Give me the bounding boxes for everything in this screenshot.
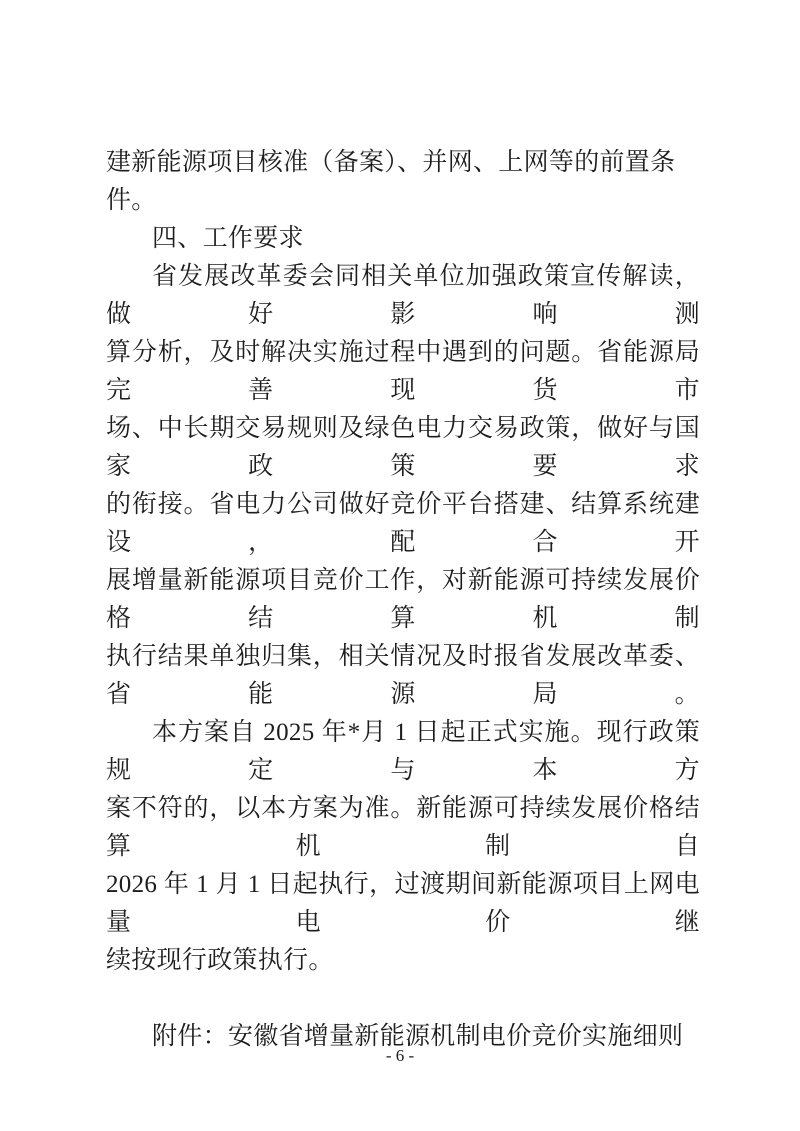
body-line: 省发展改革委会同相关单位加强政策宣传解读，做好影响测 <box>106 258 700 334</box>
section-heading: 四、工作要求 <box>106 220 700 258</box>
body-line: 展增量新能源项目竞价工作，对新能源可持续发展价格结算机制 <box>106 562 700 638</box>
body-line: 本方案自 2025 年*月 1 日起正式实施。现行政策规定与本方 <box>106 714 700 790</box>
body-line: 场、中长期交易规则及绿色电力交易政策，做好与国家政策要求 <box>106 410 700 486</box>
body-line: 案不符的，以本方案为准。新能源可持续发展价格结算机制自 <box>106 790 700 866</box>
body-line: 算分析，及时解决实施过程中遇到的问题。省能源局完善现货市 <box>106 334 700 410</box>
body-line: 建新能源项目核准（备案）、并网、上网等的前置条件。 <box>106 144 700 220</box>
body-line: 续按现行政策执行。 <box>106 942 700 980</box>
document-body: 建新能源项目核准（备案）、并网、上网等的前置条件。 四、工作要求 省发展改革委会… <box>106 144 700 1056</box>
body-line: 2026 年 1 月 1 日起执行，过渡期间新能源项目上网电量电价继 <box>106 866 700 942</box>
body-line: 执行结果单独归集，相关情况及时报省发展改革委、省能源局。 <box>106 638 700 714</box>
document-page: 建新能源项目核准（备案）、并网、上网等的前置条件。 四、工作要求 省发展改革委会… <box>0 0 800 1131</box>
page-number: - 6 - <box>0 1045 800 1067</box>
body-line: 的衔接。省电力公司做好竞价平台搭建、结算系统建设，配合开 <box>106 486 700 562</box>
